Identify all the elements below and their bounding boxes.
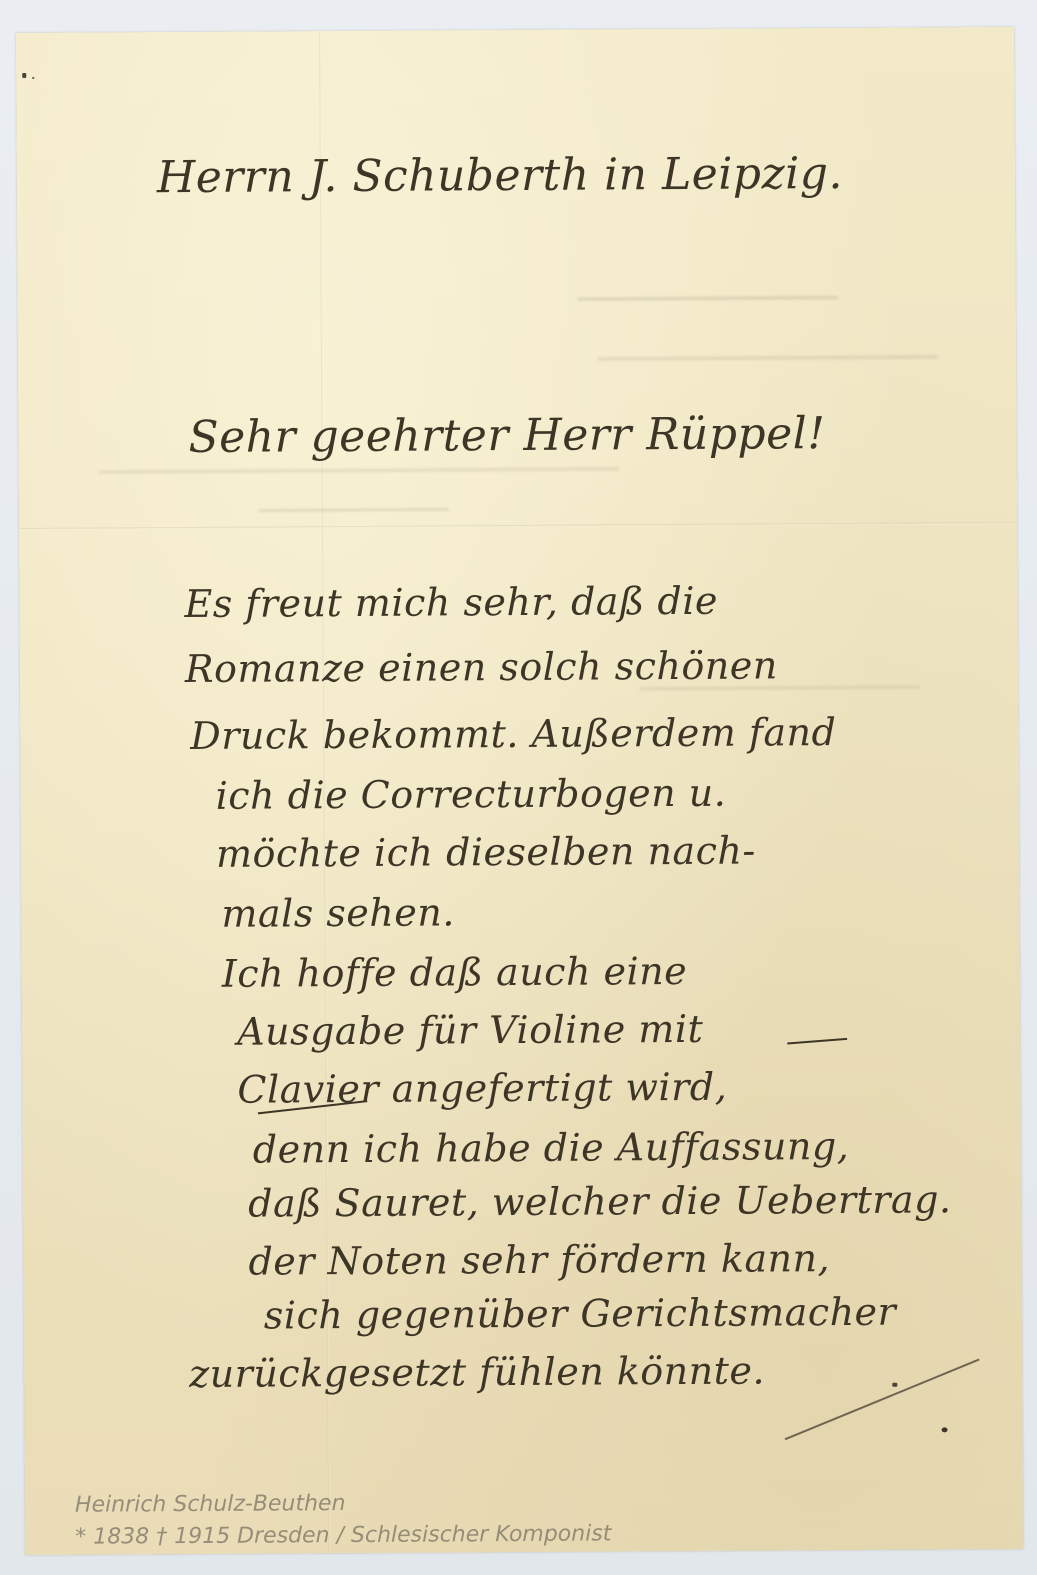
body-line: Romanze einen solch schönen xyxy=(185,643,778,691)
body-line: zurückgesetzt fühlen könnte. xyxy=(189,1348,765,1396)
bleed-through-ghost xyxy=(538,278,838,304)
signature-stroke xyxy=(785,1359,980,1440)
bleed-through-ghost xyxy=(49,490,449,516)
body-line: mals sehen. xyxy=(221,890,455,935)
body-line: Druck bekommt. Außerdem fand xyxy=(190,710,836,758)
body-line: Ausgabe für Violine mit xyxy=(237,1007,703,1054)
ink-dot xyxy=(942,1427,948,1432)
underline-mit xyxy=(787,1038,847,1045)
horizontal-fold-line xyxy=(19,522,1017,530)
body-line: Ich hoffe daß auch eine xyxy=(222,949,688,996)
letter-sheet: Herrn J. Schuberth in Leipzig. Sehr geeh… xyxy=(16,27,1023,1555)
archival-note-line1: Heinrich Schulz-Beuthen xyxy=(75,1491,346,1518)
letter-address: Herrn J. Schuberth in Leipzig. xyxy=(157,148,843,203)
body-line: denn ich habe die Auffassung, xyxy=(253,1124,850,1172)
body-line: möchte ich dieselben nach- xyxy=(216,829,756,876)
body-line: daß Sauret, welcher die Uebertrag. xyxy=(248,1177,952,1225)
body-line: ich die Correcturbogen u. xyxy=(216,771,727,818)
ink-speck xyxy=(22,73,26,78)
body-line: der Noten sehr fördern kann, xyxy=(248,1236,830,1284)
ink-speck xyxy=(32,77,34,79)
ink-dot xyxy=(892,1383,897,1387)
letter-salutation: Sehr geehrter Herr Rüppel! xyxy=(188,408,825,463)
body-line: Es freut mich sehr, daß die xyxy=(184,579,718,626)
body-line: sich gegenüber Gerichtsmacher xyxy=(264,1290,897,1338)
archival-note-line2: * 1838 † 1915 Dresden / Schlesischer Kom… xyxy=(75,1521,611,1549)
body-line: Clavier angefertigt wird, xyxy=(237,1065,727,1112)
bleed-through-ghost xyxy=(578,337,938,363)
